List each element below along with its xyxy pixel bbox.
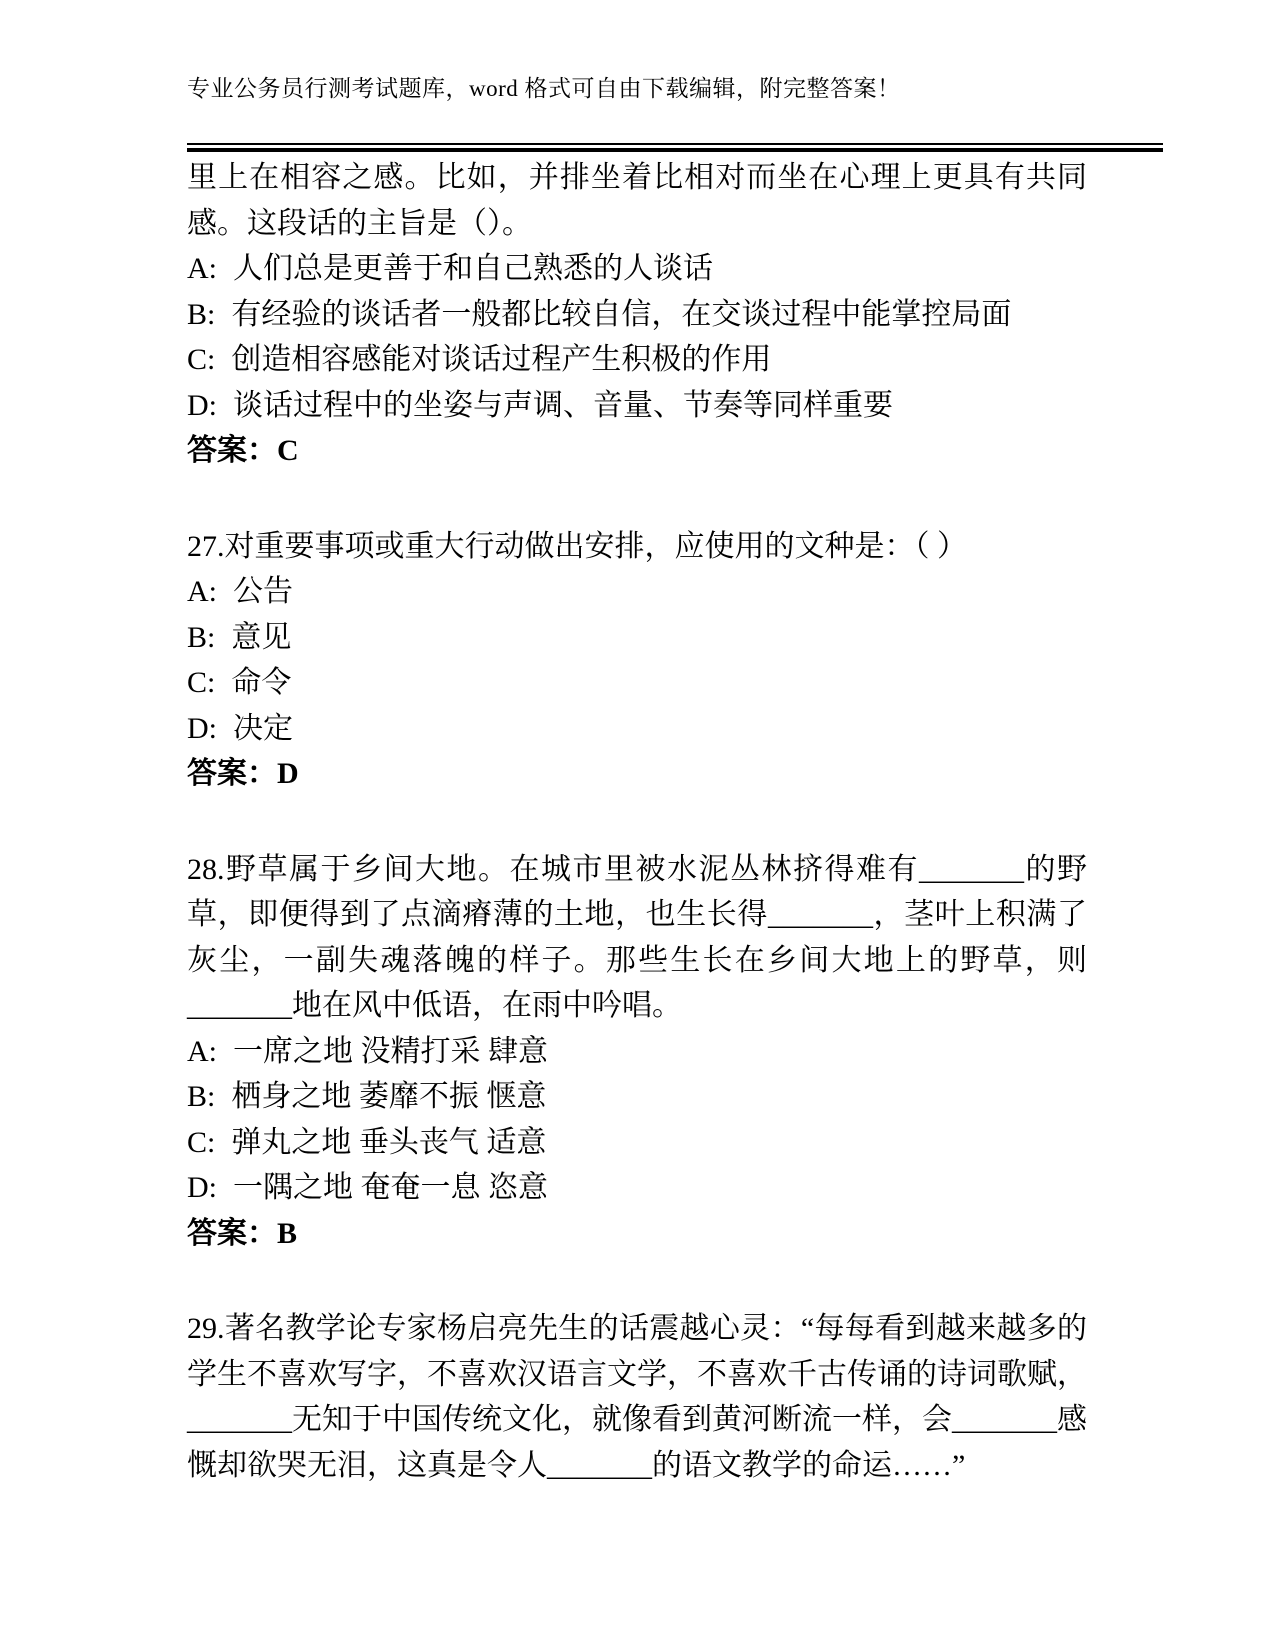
option-label: C: — [187, 337, 215, 383]
option-text: 创造相容感能对谈话过程产生积极的作用 — [231, 337, 771, 383]
option-d: D:谈话过程中的坐姿与声调、音量、节奏等同样重要 — [187, 383, 1087, 429]
option-label: A: — [187, 569, 217, 615]
option-text: 谈话过程中的坐姿与声调、音量、节奏等同样重要 — [233, 383, 893, 429]
option-label: B: — [187, 292, 215, 338]
question-block-27: 27.对重要事项或重大行动做出安排，应使用的文种是：（ ） A:公告 B:意见 … — [187, 524, 1087, 797]
question-block-26: 里上在相容之感。比如，并排坐着比相对而坐在心理上更具有共同感。这段话的主旨是（）… — [187, 155, 1087, 474]
document-body: 里上在相容之感。比如，并排坐着比相对而坐在心理上更具有共同感。这段话的主旨是（）… — [187, 155, 1087, 1488]
option-c: C:命令 — [187, 660, 1087, 706]
page-header: 专业公务员行测考试题库，word 格式可自由下载编辑，附完整答案！ — [187, 76, 1163, 102]
answer-line: 答案：B — [187, 1211, 1087, 1257]
question-stem: 29.著名教学论专家杨启亮先生的话震越心灵：“每每看到越来越多的学生不喜欢写字，… — [187, 1306, 1087, 1488]
option-text: 有经验的谈话者一般都比较自信，在交谈过程中能掌控局面 — [231, 292, 1011, 338]
option-label: D: — [187, 706, 217, 752]
option-text: 栖身之地 萎靡不振 惬意 — [231, 1074, 546, 1120]
option-a: A:人们总是更善于和自己熟悉的人谈话 — [187, 246, 1087, 292]
option-label: C: — [187, 660, 215, 706]
option-text: 人们总是更善于和自己熟悉的人谈话 — [233, 246, 713, 292]
header-divider-rule — [187, 143, 1163, 152]
answer-line: 答案：D — [187, 751, 1087, 797]
option-text: 公告 — [233, 569, 293, 615]
option-label: B: — [187, 1074, 215, 1120]
option-label: A: — [187, 246, 217, 292]
option-text: 命令 — [231, 660, 291, 706]
option-text: 一席之地 没精打采 肆意 — [233, 1029, 548, 1075]
option-d: D:决定 — [187, 706, 1087, 752]
option-b: B:意见 — [187, 615, 1087, 661]
option-a: A:公告 — [187, 569, 1087, 615]
option-c: C:弹丸之地 垂头丧气 适意 — [187, 1120, 1087, 1166]
answer-line: 答案：C — [187, 428, 1087, 474]
option-b: B:有经验的谈话者一般都比较自信，在交谈过程中能掌控局面 — [187, 292, 1087, 338]
option-text: 意见 — [231, 615, 291, 661]
option-text: 弹丸之地 垂头丧气 适意 — [231, 1120, 546, 1166]
option-d: D:一隅之地 奄奄一息 恣意 — [187, 1165, 1087, 1211]
option-text: 一隅之地 奄奄一息 恣意 — [233, 1165, 548, 1211]
option-label: D: — [187, 1165, 217, 1211]
option-b: B:栖身之地 萎靡不振 惬意 — [187, 1074, 1087, 1120]
question-stem: 28.野草属于乡间大地。在城市里被水泥丛林挤得难有_______的野草，即便得到… — [187, 847, 1087, 1029]
option-label: B: — [187, 615, 215, 661]
option-c: C:创造相容感能对谈话过程产生积极的作用 — [187, 337, 1087, 383]
question-block-28: 28.野草属于乡间大地。在城市里被水泥丛林挤得难有_______的野草，即便得到… — [187, 847, 1087, 1257]
question-stem: 里上在相容之感。比如，并排坐着比相对而坐在心理上更具有共同感。这段话的主旨是（）… — [187, 155, 1087, 246]
option-label: A: — [187, 1029, 217, 1075]
option-label: C: — [187, 1120, 215, 1166]
question-stem: 27.对重要事项或重大行动做出安排，应使用的文种是：（ ） — [187, 524, 1087, 570]
question-block-29: 29.著名教学论专家杨启亮先生的话震越心灵：“每每看到越来越多的学生不喜欢写字，… — [187, 1306, 1087, 1488]
option-a: A:一席之地 没精打采 肆意 — [187, 1029, 1087, 1075]
option-label: D: — [187, 383, 217, 429]
option-text: 决定 — [233, 706, 293, 752]
